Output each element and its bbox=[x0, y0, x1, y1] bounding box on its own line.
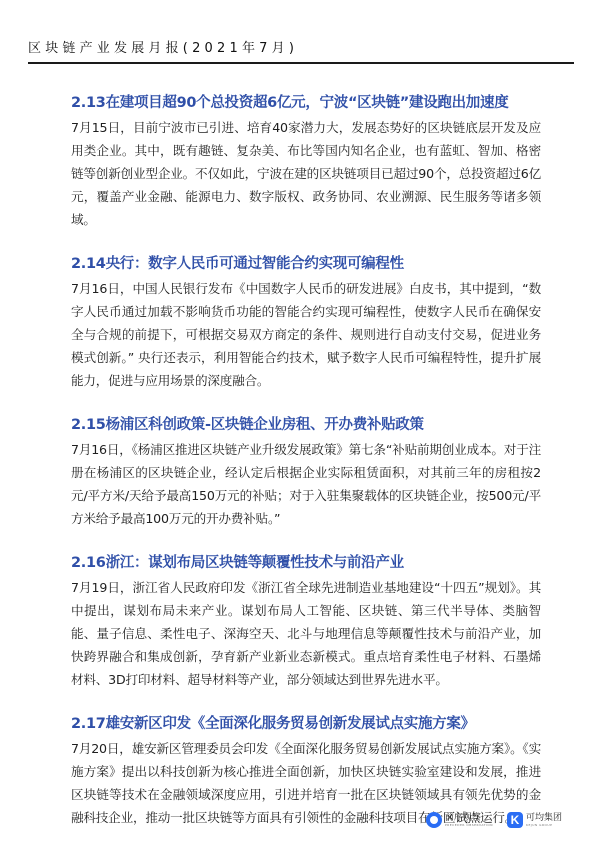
page-header: 区块链产业发展月报(2021年7月) bbox=[28, 39, 574, 64]
header-divider bbox=[28, 62, 574, 64]
kejun-logo: K 可均集团 KEJUN GROUP bbox=[507, 812, 562, 828]
section-heading: 2.14央行：数字人民币可通过智能合约实现可编程性 bbox=[71, 253, 541, 275]
report-content: 2.13在建项目超90个总投资超6亿元，宁波“区块链”建设跑出加速度 7月15日… bbox=[71, 92, 541, 849]
news-section-2-13: 2.13在建项目超90个总投资超6亿元，宁波“区块链”建设跑出加速度 7月15日… bbox=[71, 92, 541, 231]
qianxu-logo: 前序观察 PRECEDER OBSERVATION bbox=[426, 812, 493, 828]
section-heading: 2.16浙江：谋划布局区块链等颠覆性技术与前沿产业 bbox=[71, 552, 541, 574]
page-footer: 前序观察 PRECEDER OBSERVATION K 可均集团 KEJUN G… bbox=[426, 812, 562, 828]
section-paragraph: 7月19日，浙江省人民政府印发《浙江省全球先进制造业基地建设“十四五”规划》。其… bbox=[71, 576, 541, 691]
section-heading: 2.15杨浦区科创政策-区块链企业房租、开办费补贴政策 bbox=[71, 414, 541, 436]
kejun-logo-icon: K bbox=[507, 812, 523, 828]
qianxu-logo-icon bbox=[426, 812, 442, 828]
news-section-2-14: 2.14央行：数字人民币可通过智能合约实现可编程性 7月16日，中国人民银行发布… bbox=[71, 253, 541, 392]
section-paragraph: 7月16日，中国人民银行发布《中国数字人民币的研发进展》白皮书，其中提到，“数字… bbox=[71, 277, 541, 392]
news-section-2-16: 2.16浙江：谋划布局区块链等颠覆性技术与前沿产业 7月19日，浙江省人民政府印… bbox=[71, 552, 541, 691]
report-title: 区块链产业发展月报(2021年7月) bbox=[28, 39, 574, 59]
section-heading: 2.13在建项目超90个总投资超6亿元，宁波“区块链”建设跑出加速度 bbox=[71, 92, 541, 114]
news-section-2-15: 2.15杨浦区科创政策-区块链企业房租、开办费补贴政策 7月16日，《杨浦区推进… bbox=[71, 414, 541, 530]
logo-subtitle: KEJUN GROUP bbox=[526, 824, 562, 827]
logo-name: 可均集团 bbox=[526, 814, 562, 823]
section-paragraph: 7月16日，《杨浦区推进区块链产业升级发展政策》第七条“补贴前期创业成本。对于注… bbox=[71, 438, 541, 530]
logo-name: 前序观察 bbox=[445, 814, 493, 823]
section-paragraph: 7月15日，目前宁波市已引进、培育40家潜力大，发展态势好的区块链底层开发及应用… bbox=[71, 116, 541, 231]
section-heading: 2.17雄安新区印发《全面深化服务贸易创新发展试点实施方案》 bbox=[71, 713, 541, 735]
logo-subtitle: PRECEDER OBSERVATION bbox=[445, 824, 493, 827]
